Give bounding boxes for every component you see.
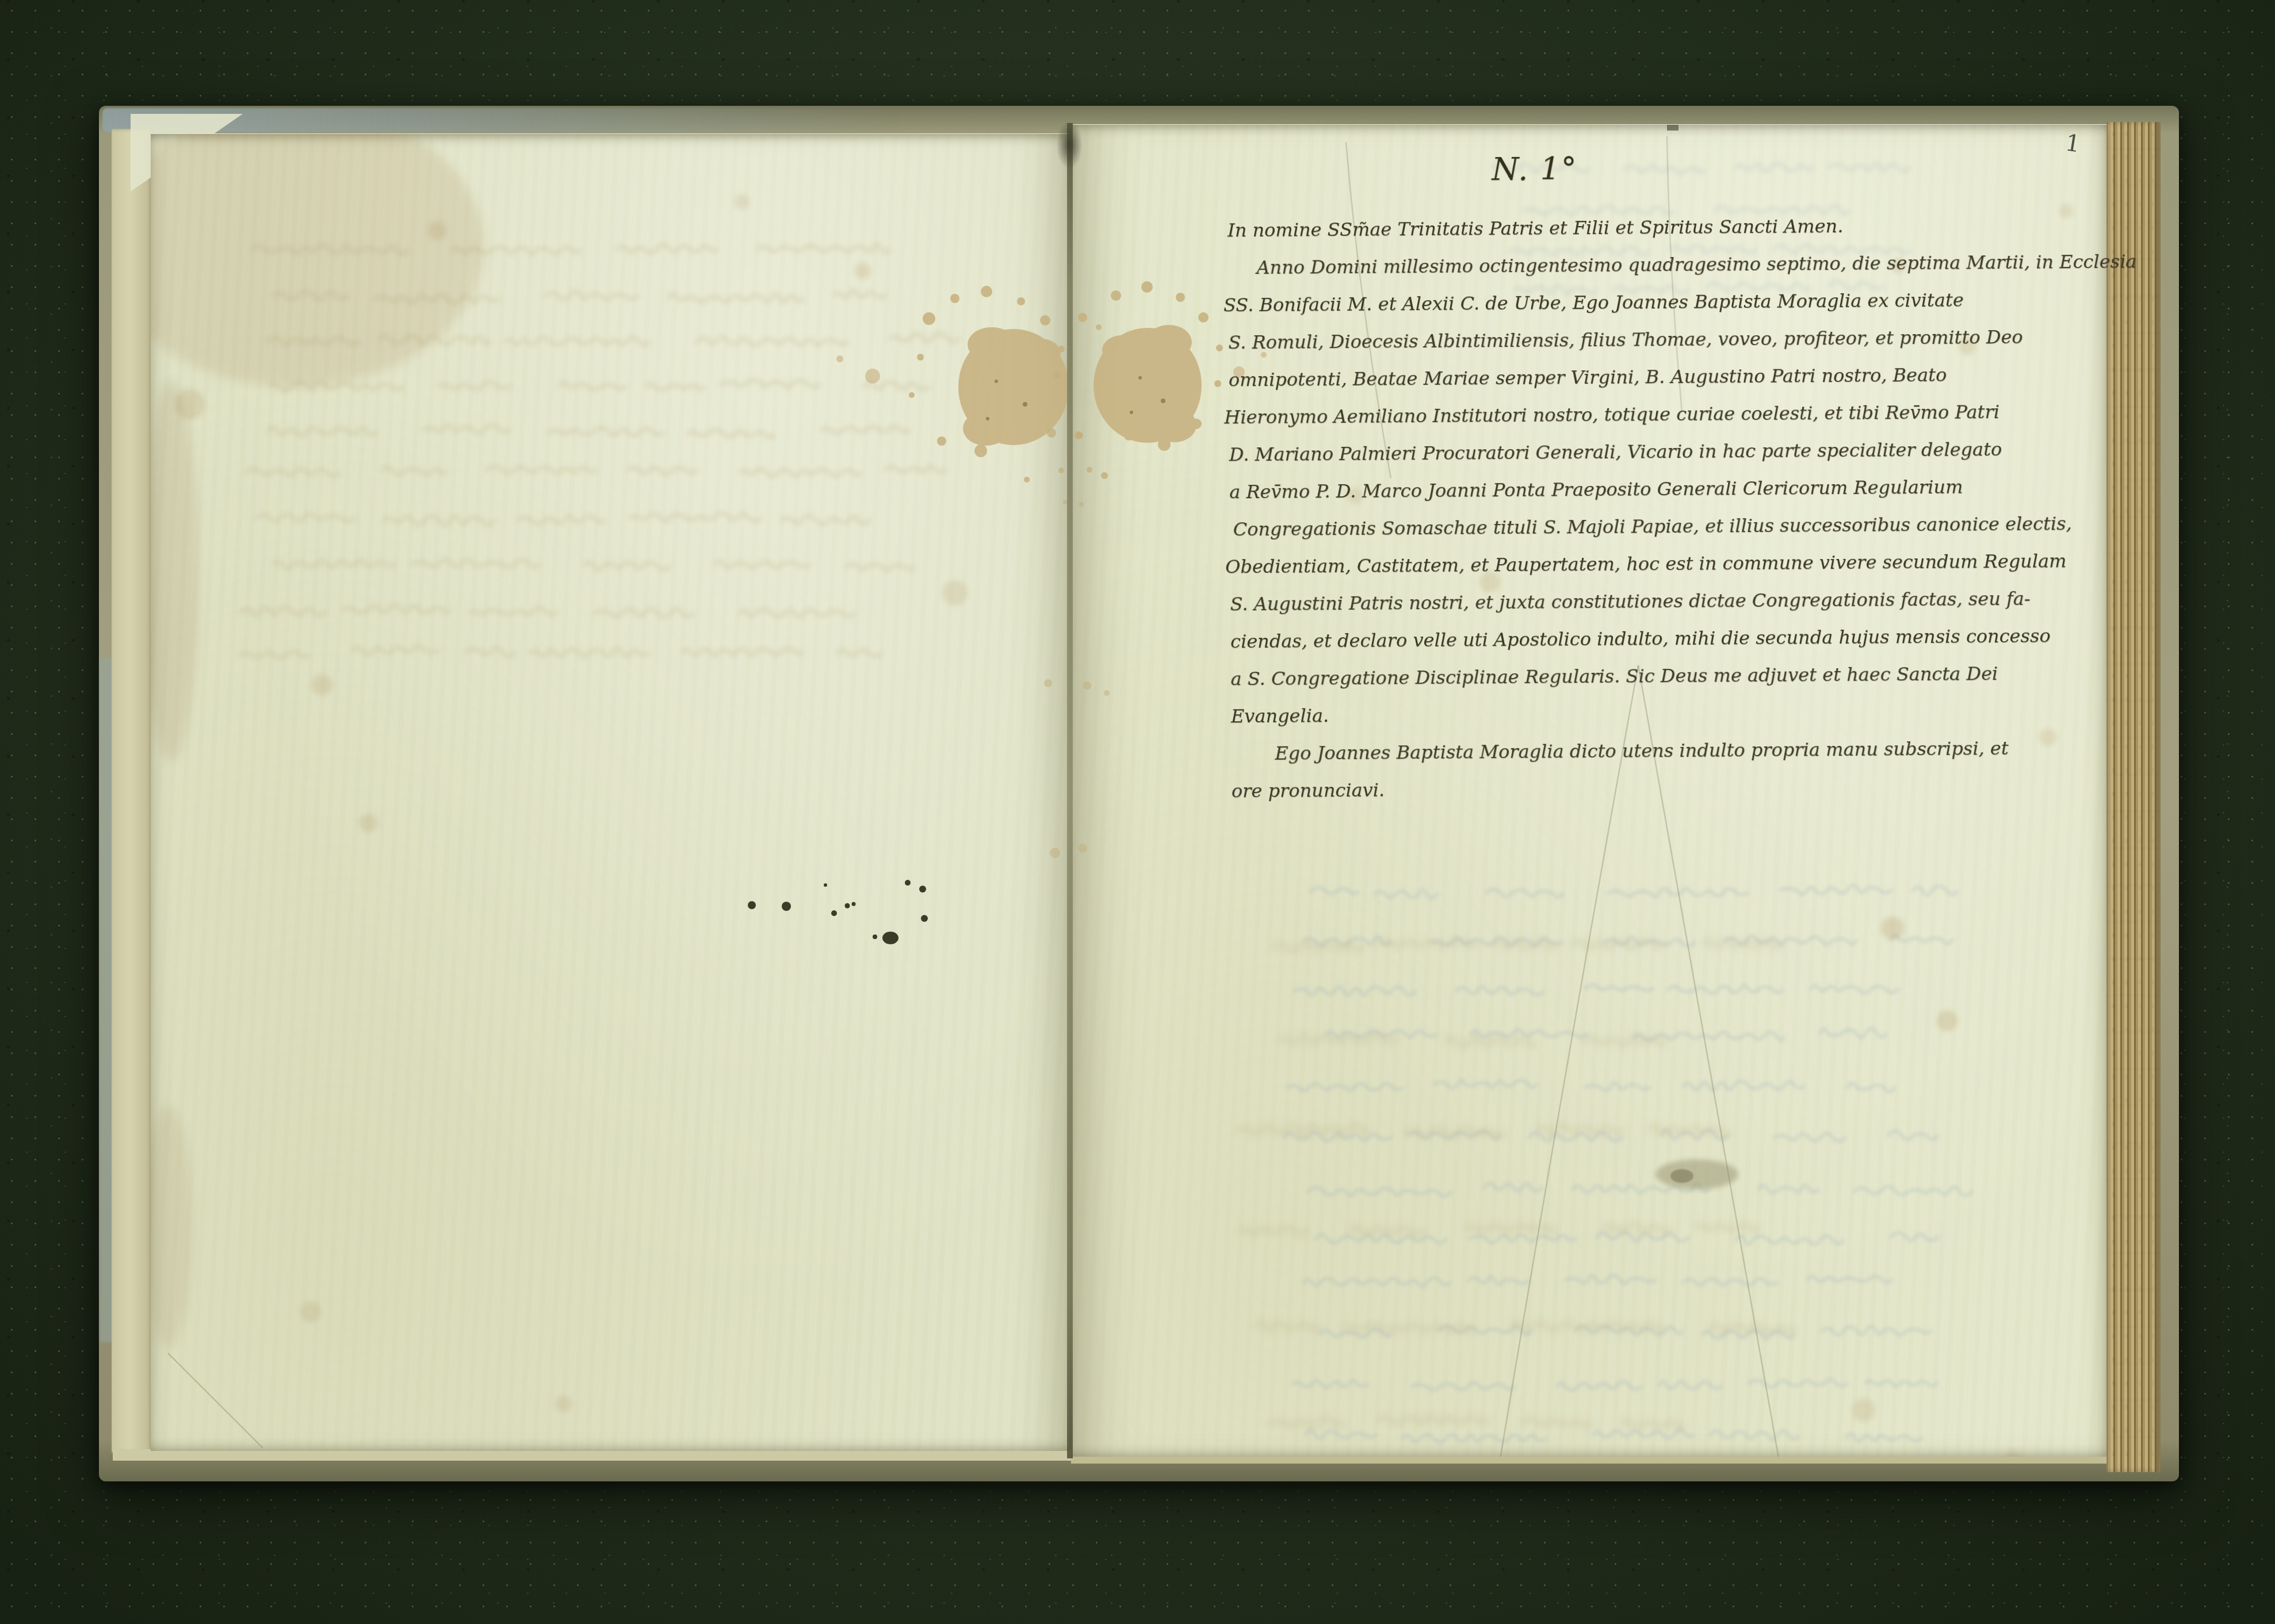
manuscript-line: Congregationis Somaschae tituli S. Majol… <box>1226 505 2127 549</box>
entry-number-heading: N. 1° <box>1220 137 2121 205</box>
manuscript-line: a S. Congregatione Disciplinae Regularis… <box>1223 655 2124 699</box>
gutter-stain-drips <box>1076 324 1110 853</box>
manuscript-line: S. Romuli, Dioecesis Albintimiliensis, f… <box>1221 319 2122 362</box>
bleedthrough-ghost-writing-lower <box>1280 886 1972 1457</box>
water-stains <box>151 134 484 1347</box>
manuscript-line: Evangelia. <box>1224 692 2125 736</box>
entry-body: In nomine SSm̃ae Trinitatis Patris et Fi… <box>1221 206 2125 811</box>
cover-top-worn-edge <box>102 108 988 132</box>
manuscript-line: omnipotenti, Beatae Mariae semper Virgin… <box>1222 356 2123 400</box>
manuscript-line: SS. Bonifacii M. et Alexii C. de Urbe, E… <box>1217 281 2117 325</box>
gray-smudge <box>1655 1159 1738 1189</box>
left-page-blank <box>151 133 1070 1451</box>
manuscript-line: Ego Joannes Baptista Moraglia dicto uten… <box>1224 730 2125 773</box>
manuscript-line: Obedientiam, Castitatem, et Paupertatem,… <box>1218 543 2119 587</box>
bleedthrough-ghost-shadow <box>1238 940 1795 1428</box>
corner-fold-crease <box>168 1353 263 1448</box>
handwritten-entry: N. 1° In nomine SSm̃ae Trinitatis Patris… <box>1220 137 2125 811</box>
gutter-stain-drips <box>1044 372 1068 858</box>
bleedthrough-ghost-writing <box>240 244 959 658</box>
manuscript-line: S. Augustini Patris nostri, et juxta con… <box>1223 580 2124 624</box>
left-page-stains-layer <box>151 134 1070 1451</box>
scanned-manuscript-photo: 1 N. 1° In nomine SSm̃ae Trinitatis Patr… <box>0 0 2275 1624</box>
top-edge-notch <box>1667 125 1678 131</box>
manuscript-line: ore pronunciavi. <box>1225 767 2125 811</box>
manuscript-line: ciendas, et declaro velle uti Apostolico… <box>1223 618 2124 661</box>
book-gutter-fold <box>1067 123 1073 1458</box>
fox-spots <box>175 194 968 1412</box>
manuscript-line: Hieronymo Aemiliano Institutori nostro, … <box>1217 393 2118 437</box>
flyleaf-edge-strip <box>112 129 153 1453</box>
manuscript-line: D. Mariano Palmieri Procuratori Generali… <box>1222 431 2123 474</box>
dark-ink-specks <box>748 880 928 944</box>
ink-blot-left <box>836 286 1069 482</box>
gutter-top-shadow <box>1056 121 1083 169</box>
manuscript-line: In nomine SSm̃ae Trinitatis Patris et Fi… <box>1221 206 2121 250</box>
under-page-edge-left <box>113 1449 1071 1461</box>
manuscript-line: Anno Domini millesimo octingentesimo qua… <box>1224 244 2125 288</box>
manuscript-line: a Rev̄mo P. D. Marco Joanni Ponta Praepo… <box>1222 468 2123 512</box>
